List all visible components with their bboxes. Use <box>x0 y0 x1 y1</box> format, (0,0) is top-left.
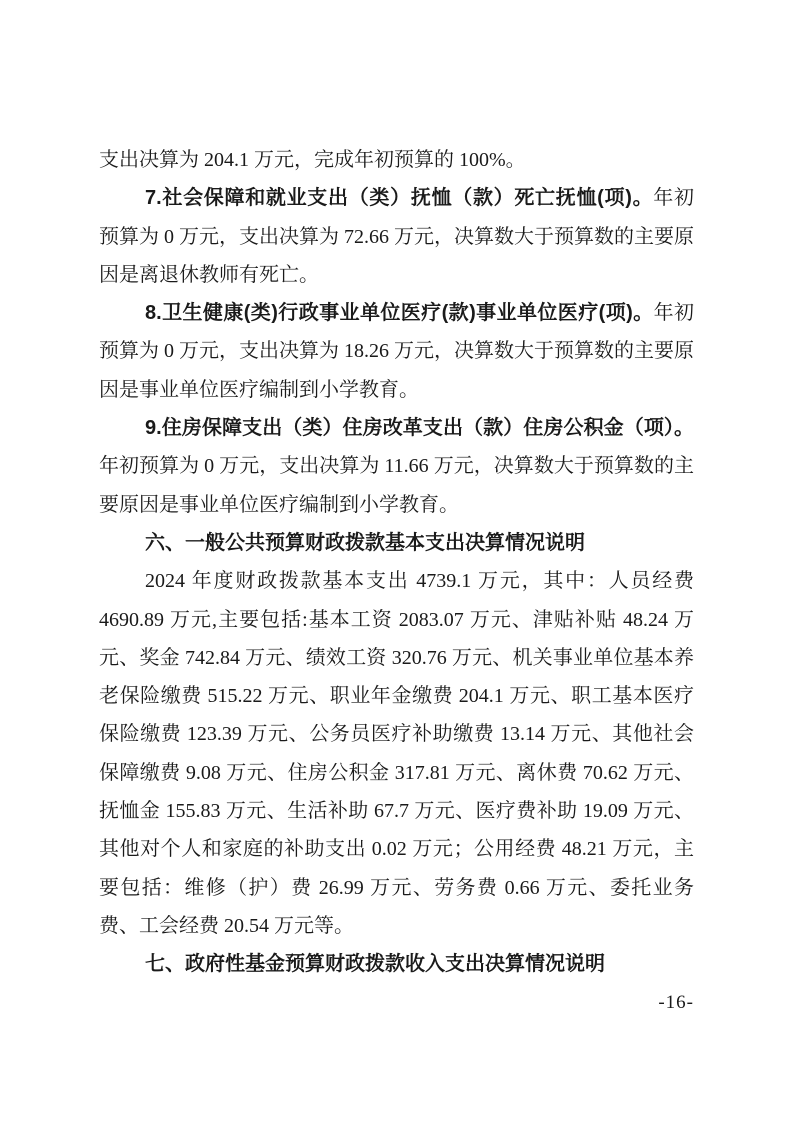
item-8-lead: 8.卫生健康(类)行政事业单位医疗(款)事业单位医疗(项)。 <box>145 302 654 324</box>
item-7-lead: 7.社会保障和就业支出（类）抚恤（款）死亡抚恤(项)。 <box>145 187 653 209</box>
paragraph-item-9: 9.住房保障支出（类）住房改革支出（款）住房公积金（项）。年初预算为 0 万元，… <box>99 409 694 524</box>
paragraph-section-6-body: 2024 年度财政拨款基本支出 4739.1 万元，其中：人员经费 4690.8… <box>99 562 694 945</box>
paragraph-item-7: 7.社会保障和就业支出（类）抚恤（款）死亡抚恤(项)。年初预算为 0 万元，支出… <box>99 179 694 294</box>
item-9-lead: 9.住房保障支出（类）住房改革支出（款）住房公积金（项）。 <box>145 417 694 439</box>
section-heading-7: 七、政府性基金预算财政拨款收入支出决算情况说明 <box>99 945 694 983</box>
document-page: 支出决算为 204.1 万元，完成年初预算的 100%。 7.社会保障和就业支出… <box>0 0 793 1122</box>
paragraph-continuation: 支出决算为 204.1 万元，完成年初预算的 100%。 <box>99 141 694 179</box>
document-body: 支出决算为 204.1 万元，完成年初预算的 100%。 7.社会保障和就业支出… <box>99 141 694 984</box>
item-9-text: 年初预算为 0 万元，支出决算为 11.66 万元，决算数大于预算数的主要原因是… <box>99 455 694 515</box>
paragraph-item-8: 8.卫生健康(类)行政事业单位医疗(款)事业单位医疗(项)。年初预算为 0 万元… <box>99 294 694 409</box>
section-heading-6: 六、一般公共预算财政拨款基本支出决算情况说明 <box>99 524 694 562</box>
page-number: -16- <box>99 992 694 1014</box>
